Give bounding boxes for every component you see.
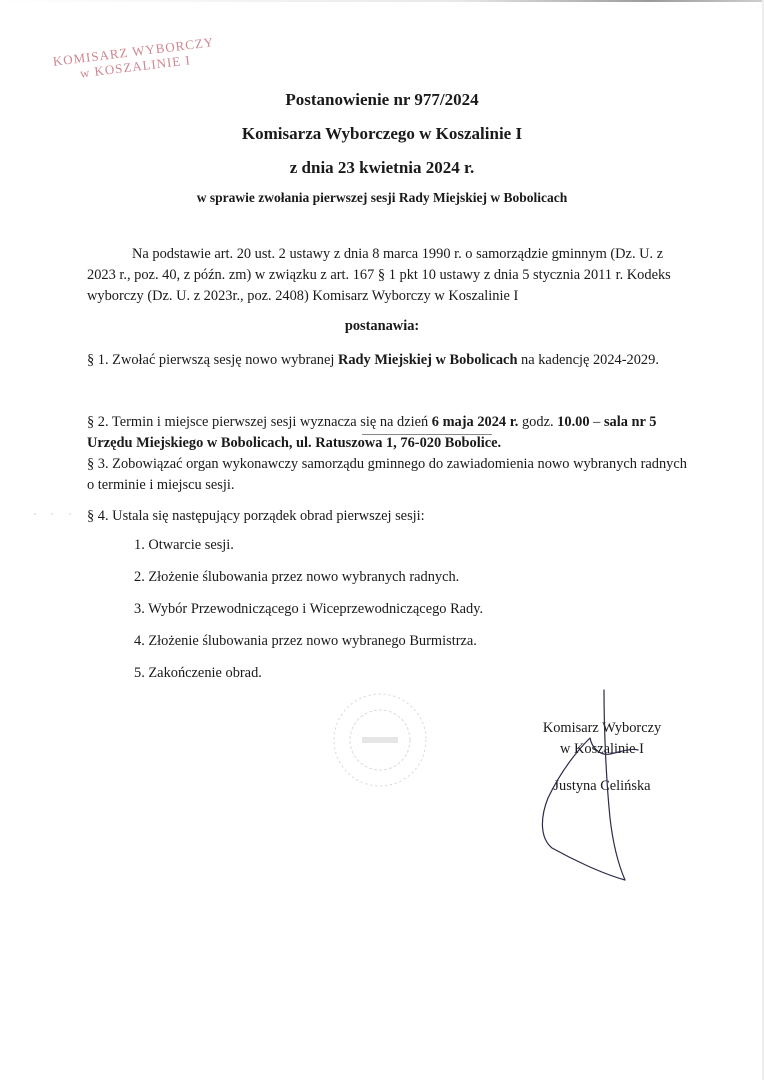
section-2-mid: godz. bbox=[518, 414, 557, 430]
handwritten-underline bbox=[362, 434, 492, 435]
agenda-item: 2. Złożenie ślubowania przez nowo wybran… bbox=[134, 567, 483, 599]
document-date: z dnia 23 kwietnia 2024 r. bbox=[0, 158, 764, 178]
section-2-date: 6 maja 2024 r. bbox=[432, 414, 519, 430]
section-2-time: 10.00 bbox=[557, 414, 589, 430]
scan-speck bbox=[30, 512, 90, 516]
legal-basis-paragraph: Na podstawie art. 20 ust. 2 ustawy z dni… bbox=[87, 244, 689, 307]
round-seal-stamp-icon bbox=[318, 688, 448, 798]
office-stamp: KOMISARZ WYBORCZY w KOSZALINIE I bbox=[52, 34, 217, 84]
section-2-dash: – bbox=[590, 414, 604, 430]
decision-heading: postanawia: bbox=[0, 318, 764, 335]
section-4: § 4. Ustala się następujący porządek obr… bbox=[87, 506, 689, 527]
section-2: § 2. Termin i miejsce pierwszej sesji wy… bbox=[87, 412, 689, 454]
handwritten-signature-icon bbox=[530, 688, 670, 888]
section-1-prefix: § 1. Zwołać pierwszą sesję nowo wybranej bbox=[87, 352, 338, 368]
section-3: § 3. Zobowiązać organ wykonawczy samorzą… bbox=[87, 454, 689, 496]
section-1: § 1. Zwołać pierwszą sesję nowo wybranej… bbox=[87, 350, 689, 371]
document-subject: w sprawie zwołania pierwszej sesji Rady … bbox=[0, 190, 764, 206]
section-1-council-name: Rady Miejskiej w Bobolicach bbox=[338, 352, 517, 368]
agenda-item: 4. Złożenie ślubowania przez nowo wybran… bbox=[134, 631, 483, 663]
agenda-list: 1. Otwarcie sesji. 2. Złożenie ślubowani… bbox=[134, 535, 483, 695]
document-issuer: Komisarza Wyborczego w Koszalinie I bbox=[0, 124, 764, 144]
section-2-prefix: § 2. Termin i miejsce pierwszej sesji wy… bbox=[87, 414, 432, 430]
section-1-suffix: na kadencję 2024-2029. bbox=[517, 352, 658, 368]
document-number: Postanowienie nr 977/2024 bbox=[0, 90, 764, 110]
agenda-item: 1. Otwarcie sesji. bbox=[134, 535, 483, 567]
scan-top-edge bbox=[0, 0, 764, 2]
agenda-item: 3. Wybór Przewodniczącego i Wiceprzewodn… bbox=[134, 599, 483, 631]
